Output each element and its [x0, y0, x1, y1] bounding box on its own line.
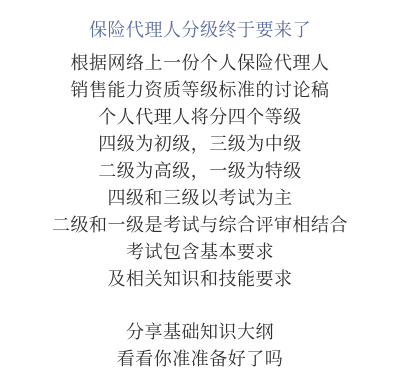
- body-line: 二级为高级，一级为特级: [0, 158, 400, 185]
- body-line: 根据网络上一份个人保险代理人: [0, 50, 400, 77]
- post-title: 保险代理人分级终于要来了: [0, 16, 400, 44]
- footer-line: 看看你准准备好了吗: [0, 346, 400, 373]
- body-line: 四级和三级以考试为主: [0, 185, 400, 212]
- body-line: 二级和一级是考试与综合评审相结合: [0, 212, 400, 239]
- footer-line: 分享基础知识大纲: [0, 319, 400, 346]
- text-post-card: 保险代理人分级终于要来了 根据网络上一份个人保险代理人 销售能力资质等级标准的讨…: [0, 0, 400, 374]
- footer-block: 分享基础知识大纲 看看你准准备好了吗: [0, 319, 400, 373]
- body-line: 四级为初级，三级为中级: [0, 131, 400, 158]
- body-line: 及相关知识和技能要求: [0, 266, 400, 293]
- body-line: 销售能力资质等级标准的讨论稿: [0, 77, 400, 104]
- body-line: 考试包含基本要求: [0, 239, 400, 266]
- body-line: 个人代理人将分四个等级: [0, 104, 400, 131]
